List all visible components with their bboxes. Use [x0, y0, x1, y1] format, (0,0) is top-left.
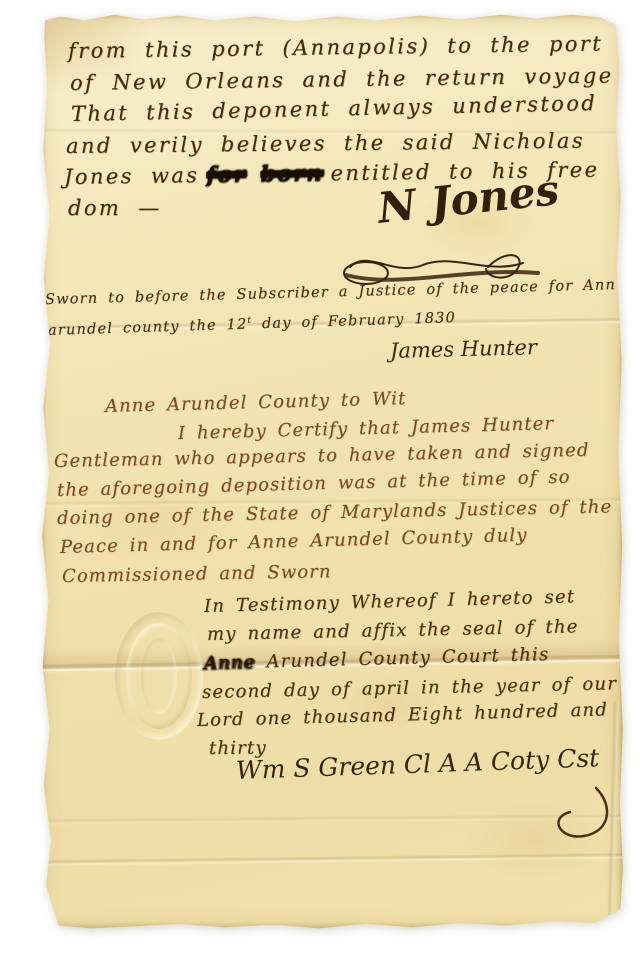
deposition-line: dom —	[68, 196, 162, 220]
deposition-line: from this port (Annapolis) to the port	[68, 32, 603, 63]
deposition-line: of New Orleans and the return voyage -	[70, 63, 640, 95]
deposition-line5-prefix: Jones was	[64, 163, 200, 189]
paper-edge-bottom	[38, 922, 624, 932]
testimony-line: Lord one thousand Eight hundred and	[197, 699, 609, 731]
jurat-line2-rest: day of February 1830	[262, 310, 457, 332]
signature-clerk: Wm S Green Cl A A Coty Cst	[235, 743, 599, 785]
embossed-court-seal	[115, 612, 203, 740]
manuscript-paper: from this port (Annapolis) to the port o…	[38, 12, 624, 932]
certification-line: Anne Arundel County to Wit	[105, 388, 407, 417]
signature-flourish	[526, 784, 616, 844]
certification-line: I hereby Certify that James Hunter	[178, 413, 555, 444]
paper-edge-right	[618, 12, 624, 932]
struck-out-word: for	[206, 161, 246, 187]
testimony-line: second day of april in the year of our	[202, 673, 617, 703]
jurat-line: arundel county the 12t day of February 1…	[48, 309, 456, 339]
scanned-document: from this port (Annapolis) to the port o…	[0, 0, 640, 957]
deposition-line: and verily believes the said Nicholas	[66, 129, 585, 158]
certification-line: Commissioned and Sworn	[62, 561, 332, 587]
signature-justice: James Hunter	[390, 335, 538, 363]
jurat-ordinal-sup: t	[247, 316, 252, 326]
testimony-line: In Testimony Whereof I hereto set	[204, 586, 576, 617]
certification-line: Peace in and for Anne Arundel County dul…	[60, 525, 528, 558]
struck-out-word: born	[260, 160, 323, 186]
embossed-seal-core	[141, 638, 177, 714]
jurat-line2-prefix: arundel county the 12	[48, 317, 248, 339]
blotted-word: Anne	[204, 652, 256, 674]
deposition-line: That this deponent always understood	[71, 91, 598, 126]
jurat-line: Sworn to before the Subscriber a Justice…	[45, 277, 616, 308]
paper-edge-left	[38, 12, 47, 932]
fold-crease	[34, 853, 628, 866]
certification-line: the aforegoing deposition was at the tim…	[57, 467, 571, 501]
paper-edge-top	[38, 12, 624, 20]
